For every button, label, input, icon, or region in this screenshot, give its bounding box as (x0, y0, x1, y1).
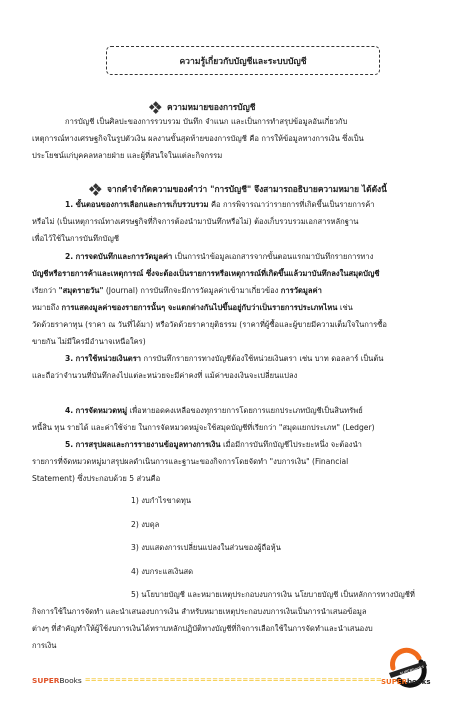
statement-item-3: 3) งบแสดงการเปลี่ยนแปลงในส่วนของผู้ถือหุ… (131, 542, 431, 553)
paragraph-line: เพื่อไว้ใช้ในการบันทึกบัญชี (32, 233, 435, 244)
text-run: เรียกว่า (32, 286, 59, 295)
page-footer: SUPERBooks =============================… (32, 674, 432, 686)
item-number: 5. (65, 440, 73, 449)
item-term: การจดบันทึกและการวัดมูลค่า (76, 252, 173, 261)
diamond-bullet-icon (90, 184, 101, 195)
item-text: เป็นการนำข้อมูลเอกสารจากขั้นตอนแรกมาบันท… (172, 252, 373, 261)
paragraph-line: ต่างๆ ที่สำคัญทำให้ผู้ใช้งบการเงินได้ทรา… (32, 623, 435, 634)
paragraph-line: วัดด้วยราคาทุน (ราคา ณ วันที่ได้มา) หรือ… (32, 319, 435, 330)
paragraph-line: เรียกว่า "สมุดรายวัน" (Journal) การบันทึ… (32, 285, 435, 296)
paragraph-line: Statement) ซึ่งประกอบด้วย 5 ส่วนคือ (32, 473, 435, 484)
text-run: เช่น (337, 303, 352, 312)
section-heading-text: จากคำจำกัดความของคำว่า "การบัญชี" จึงสาม… (107, 182, 387, 196)
item-number: 2. (65, 252, 73, 261)
text-run-bold: การแสดงมูลค่าของรายการนั้นๆ จะแตกต่างกัน… (61, 303, 337, 312)
section-heading-meaning: ความหมายของการบัญชี (150, 100, 255, 114)
list-item-5: 5. การสรุปผลและการรายงานข้อมูลทางการเงิน… (32, 439, 466, 450)
paragraph-line: หรือไม่ (เป็นเหตุการณ์ทางเศรษฐกิจที่กิจก… (32, 216, 435, 227)
item-text: คือ การพิจารณาว่ารายการที่เกิดขึ้นเป็นรา… (209, 200, 375, 209)
item-text: การบันทึกรายการทางบัญชีต้องใช้หน่วยเงินต… (141, 354, 383, 363)
paragraph-line: และถือว่าจำนวนที่บันทึกลงไปแต่ละหน่วยจะม… (32, 370, 435, 381)
item-number: 4. (65, 406, 73, 415)
logo-books: books (407, 678, 430, 686)
item-term: การใช้หน่วยเงินตรา (76, 354, 141, 363)
paragraph-line: กิจการใช้ในการจัดทำ และนำเสนองบการเงิน ส… (32, 606, 435, 617)
statement-item-1: 1) งบกำไรขาดทุน (131, 495, 431, 506)
text-run-bold: การวัดมูลค่า (281, 286, 322, 295)
text-run-bold: "สมุดรายวัน" (59, 286, 104, 295)
paragraph-line: หนี้สิน ทุน รายได้ และค่าใช้จ่าย ในการจั… (32, 422, 435, 433)
text-run: (Journal) การบันทึกจะมีการวัดมูลค่าเข้าม… (103, 286, 280, 295)
paragraph-line: บัญชีหรือรายการค้าและเหตุการณ์ ซึ่งจะต้อ… (32, 268, 435, 279)
paragraph-line: การเงิน (32, 640, 435, 651)
item-term: การสรุปผลและการรายงานข้อมูลทางการเงิน (76, 440, 221, 449)
statement-item-4: 4) งบกระแสเงินสด (131, 566, 431, 577)
footer-rule: ========================================… (85, 676, 382, 684)
item-text: เพื่อหายอดคงเหลือของทุกรายการโดยการแยกปร… (127, 406, 363, 415)
paragraph-line: เหตุการณ์ทางเศรษฐกิจในรูปตัวเงิน ผลงานขั… (32, 133, 435, 144)
section-heading-text: ความหมายของการบัญชี (167, 100, 255, 114)
paragraph-line: ขายกัน ไม่มีใครมีอำนาจเหนือใคร) (32, 336, 435, 347)
text-run: หมายถึง (32, 303, 61, 312)
logo-super: SUPER (381, 678, 407, 686)
statement-item-5: 5) นโยบายบัญชี และหมายเหตุประกอบงบการเงิ… (131, 589, 435, 600)
footer-brand-super: SUPER (32, 676, 59, 685)
document-page: ความรู้เกี่ยวกับบัญชีและระบบบัญชี ความหม… (0, 0, 466, 711)
list-item-3: 3. การใช้หน่วยเงินตรา การบันทึกรายการทาง… (32, 353, 466, 364)
item-number: 1. (65, 200, 73, 209)
paragraph-line: การบัญชี เป็นศิลปะของการรวบรวม บันทึก จำ… (32, 116, 466, 127)
logo-wordmark: SUPERbooks (381, 678, 430, 686)
list-item-1: 1. ขั้นตอนของการเลือกและการเก็บรวบรวม คื… (32, 199, 466, 210)
document-title: ความรู้เกี่ยวกับบัญชีและระบบบัญชี (179, 54, 306, 68)
list-item-2: 2. การจดบันทึกและการวัดมูลค่า เป็นการนำข… (32, 251, 466, 262)
footer-brand-books: Books (59, 676, 81, 685)
paragraph-line: หมายถึง การแสดงมูลค่าของรายการนั้นๆ จะแต… (32, 302, 435, 313)
diamond-bullet-icon (150, 102, 161, 113)
item-number: 3. (65, 354, 73, 363)
statement-item-2: 2) งบดุล (131, 519, 431, 530)
document-title-box: ความรู้เกี่ยวกับบัญชีและระบบบัญชี (106, 46, 380, 75)
section-heading-definition: จากคำจำกัดความของคำว่า "การบัญชี" จึงสาม… (90, 182, 387, 196)
item-term: ขั้นตอนของการเลือกและการเก็บรวบรวม (76, 200, 209, 209)
item-term: การจัดหมวดหมู่ (76, 406, 128, 415)
item-text-bold: บัญชีหรือรายการค้าและเหตุการณ์ ซึ่งจะต้อ… (32, 269, 380, 278)
item-text: เมื่อมีการบันทึกบัญชีไประยะหนึ่ง จะต้องน… (221, 440, 362, 449)
list-item-4: 4. การจัดหมวดหมู่ เพื่อหายอดคงเหลือของทุ… (32, 405, 466, 416)
paragraph-line: ประโยชน์แก่บุคคลหลายฝ่าย และผู้ที่สนใจใน… (32, 150, 435, 161)
paragraph-line: รายการที่จัดหมวดหมู่มาสรุปผลดำเนินการและ… (32, 456, 435, 467)
